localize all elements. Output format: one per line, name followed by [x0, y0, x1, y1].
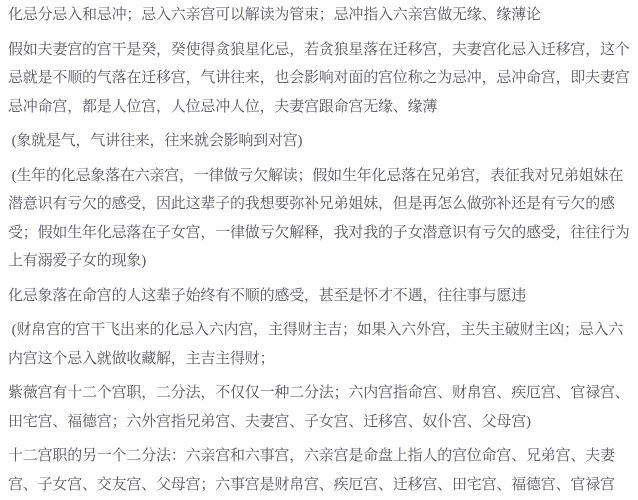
- paragraph-fuqigong-example: 假如夫妻宫的宫干是癸，癸使得贪狼星化忌，若贪狼星落在迁移宫，夫妻宫化忌入迁移宫，…: [8, 36, 630, 122]
- paragraph-huaji-minggong: 化忌象落在命宫的人这辈子始终有不顺的感受，甚至是怀才不遇，往往事与愿违: [8, 282, 630, 311]
- article-body: 化忌分忌入和忌冲；忌入六亲宫可以解读为管束；忌冲指入六亲宫做无缘、缘薄论 假如夫…: [0, 0, 638, 500]
- paragraph-note-birthyear-huaji: (生年的化忌象落在六亲宫，一律做亏欠解读；假如生年化忌落在兄弟宫，表征我对兄弟姐…: [8, 162, 630, 276]
- paragraph-note-caibogong: (财帛宫的宫干飞出来的化忌入六内宫，主得财主吉；如果入六外宫，主失主破财主凶；忌…: [8, 316, 630, 373]
- paragraph-note-xiang-is-qi: (象就是气，气讲往来，往来就会影响到对宫): [8, 127, 630, 156]
- paragraph-twelve-palaces-division1: 紫薇宫有十二个宫职，二分法，不仅仅一种二分法；六内宫指命宫、财帛宫、疾厄宫、官禄…: [8, 379, 630, 436]
- paragraph-twelve-palaces-division2: 十二宫职的另一个二分法：六亲宫和六事宫，六亲宫是命盘上指人的宫位命宫、兄弟宫、夫…: [8, 442, 630, 499]
- paragraph-ji-ru-ji-chong-intro: 化忌分忌入和忌冲；忌入六亲宫可以解读为管束；忌冲指入六亲宫做无缘、缘薄论: [8, 1, 630, 30]
